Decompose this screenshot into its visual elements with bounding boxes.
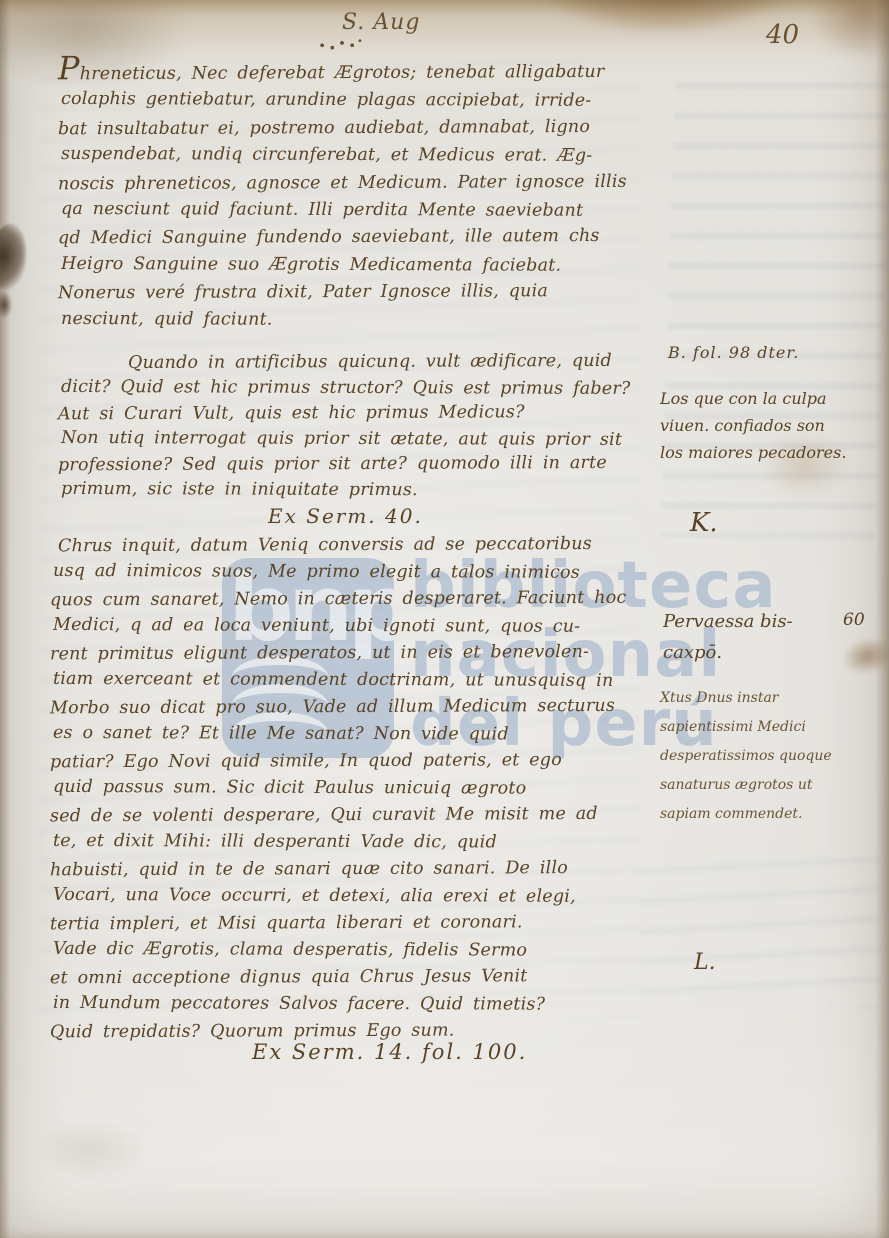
ink-bleed-through — [639, 848, 882, 1012]
text-line: Non utiq interrogat quis prior sit ætate… — [61, 425, 668, 453]
text-line: Phreneticus, Nec deferebat Ægrotos; tene… — [58, 53, 658, 89]
text-line: Xtus Dnus instar — [660, 684, 832, 713]
margin-note-folio-ref: B. fol. 98 dter. — [668, 343, 799, 362]
text-line: Morbo suo dicat pro suo, Vade ad illum M… — [50, 693, 670, 723]
margin-letter-l: L. — [694, 950, 716, 975]
footer-citation: Ex Serm. 14. fol. 100. — [252, 1040, 527, 1064]
paper-stain — [540, 0, 790, 32]
section-heading-aug: S. Aug — [342, 10, 420, 35]
text-line: noscis phreneticos, agnosce et Medicum. … — [58, 168, 658, 198]
text-line: tiam exerceant et commendent doctrinam, … — [53, 666, 670, 695]
text-line: nesciunt, quid faciunt. — [61, 306, 658, 335]
text-line: colaphis gentiebatur, arundine plagas ac… — [61, 86, 658, 115]
text-line: in Mundum peccatores Salvos facere. Quid… — [53, 990, 670, 1019]
body-paragraph-1: Phreneticus, Nec deferebat Ægrotos; tene… — [58, 54, 658, 334]
text-line: qa nesciunt quid faciunt. Illi perdita M… — [61, 196, 658, 225]
text-line: quid passus sum. Sic dicit Paulus unicui… — [53, 774, 670, 803]
body-paragraph-2: Quando in artificibus quicunq. vult ædif… — [58, 350, 668, 503]
text-line: habuisti, quid in te de sanari quæ cito … — [50, 855, 670, 885]
text-line: quos cum sanaret, Nemo in cæteris desper… — [50, 585, 670, 615]
ink-flourish — [318, 34, 365, 51]
margin-note-latin: Xtus Dnus instarsapientissimi Medicidesp… — [660, 684, 832, 829]
text-line: caxpō. — [663, 637, 793, 668]
text-line: et omni acceptione dignus quia Chrus Jes… — [50, 963, 670, 993]
folio-number: 40 — [766, 20, 799, 50]
text-line: te, et dixit Mihi: illi desperanti Vade … — [53, 828, 670, 857]
text-line: Medici, q ad ea loca veniunt, ubi ignoti… — [53, 612, 670, 641]
text-line: Chrus inquit, datum Veniq conversis ad s… — [50, 531, 670, 561]
margin-note-number: 60 — [843, 610, 865, 630]
text-line: rent primitus eligunt desperatos, ut in … — [50, 639, 670, 669]
text-line: Los que con la culpa — [660, 385, 846, 412]
text-line: primum, sic iste in iniquitate primus. — [61, 476, 668, 504]
page-edge-shadow — [0, 0, 10, 1238]
text-line: los maiores pecadores. — [660, 439, 846, 466]
page-edge-shadow — [875, 0, 889, 1238]
text-line: Quando in artificibus quicunq. vult ædif… — [58, 349, 668, 377]
manuscript-page-scan: bnp bibliotecanacionaldel perú S. Aug 40… — [0, 0, 889, 1238]
text-line: professione? Sed quis prior sit arte? qu… — [58, 451, 668, 479]
text-line: usq ad inimicos suos, Me primo elegit a … — [53, 558, 670, 587]
margin-letter-k: K. — [690, 508, 718, 538]
text-line: Pervaessa bis- — [663, 606, 793, 637]
text-line: Nonerus veré frustra dixit, Pater Ignosc… — [58, 278, 658, 308]
text-line: bat insultabatur ei, postremo audiebat, … — [58, 114, 658, 144]
text-line: patiar? Ego Novi quid simile, In quod pa… — [50, 747, 670, 777]
margin-note-pervaessa: Pervaessa bis-caxpō. — [663, 606, 793, 668]
sermon-heading: Ex Serm. 40. — [268, 504, 423, 528]
margin-note-spanish: Los que con la culpaviuen. confiados son… — [660, 385, 846, 466]
text-line: Vocari, una Voce occurri, et detexi, ali… — [53, 882, 670, 911]
text-line: qd Medici Sanguine fundendo saeviebant, … — [58, 223, 658, 253]
ink-bleed-through — [660, 66, 889, 543]
body-paragraph-3: Chrus inquit, datum Veniq conversis ad s… — [50, 532, 670, 1045]
text-line: sapiam commendet. — [660, 800, 832, 829]
text-line: sed de se volenti desperare, Qui curavit… — [50, 801, 670, 831]
paper-stain — [30, 1120, 150, 1180]
text-line: Vade dic Ægrotis, clama desperatis, fide… — [53, 936, 670, 965]
text-line: desperatissimos quoque — [660, 742, 832, 771]
text-line: es o sanet te? Et ille Me sanat? Non vid… — [53, 720, 670, 749]
text-line: suspendebat, undiq circunferebat, et Med… — [61, 141, 658, 170]
text-line: Aut si Curari Vult, quis est hic primus … — [58, 400, 668, 428]
text-line: dicit? Quid est hic primus structor? Qui… — [61, 374, 668, 402]
text-line: sanaturus ægrotos ut — [660, 771, 832, 800]
text-line: sapientissimi Medici — [660, 713, 832, 742]
text-line: Heigro Sanguine suo Ægrotis Medicamenta … — [61, 251, 658, 280]
text-line: tertia impleri, et Misi quarta liberari … — [50, 909, 670, 939]
text-line: viuen. confiados son — [660, 412, 846, 439]
